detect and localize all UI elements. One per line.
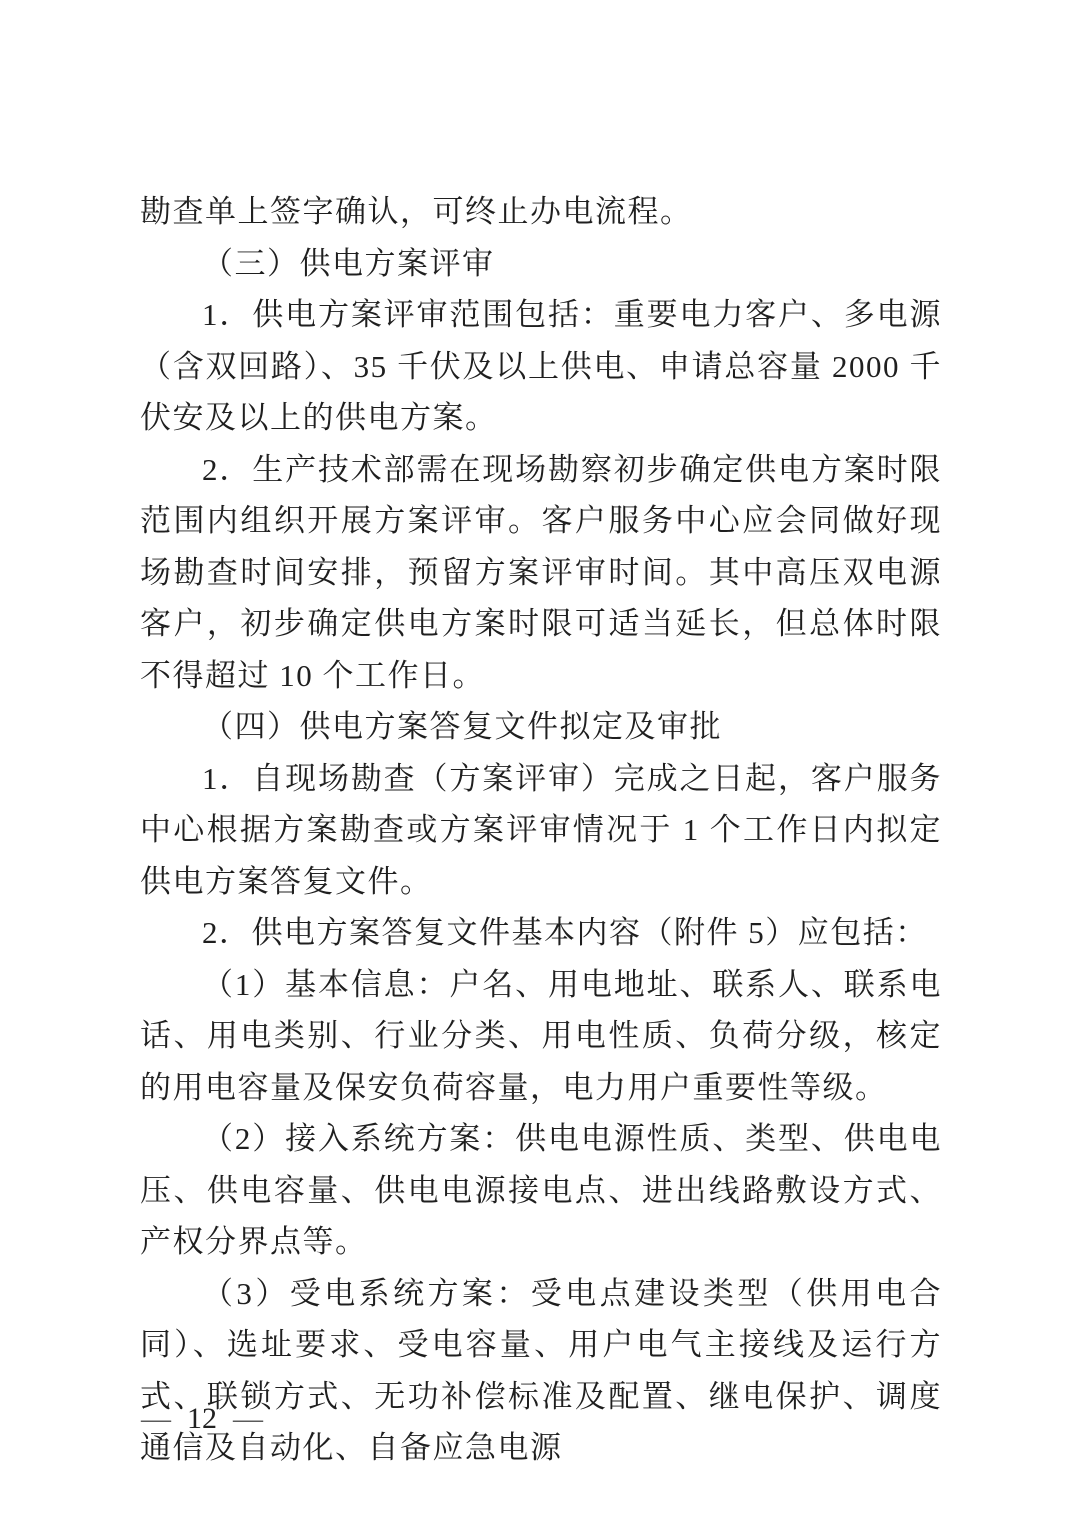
heading-section-4: （四）供电方案答复文件拟定及审批: [140, 701, 942, 753]
para-4-sub-2: （2）接入系统方案：供电电源性质、类型、供电电压、供电容量、供电电源接电点、进出…: [140, 1113, 942, 1268]
para-4-sub-3: （3）受电系统方案：受电点建设类型（供用电合同）、选址要求、受电容量、用户电气主…: [140, 1268, 942, 1474]
document-body: 勘查单上签字确认，可终止办电流程。（三）供电方案评审1．供电方案评审范围包括：重…: [140, 186, 942, 1474]
page-footer: —12—: [141, 1402, 263, 1436]
heading-section-3: （三）供电方案评审: [140, 238, 942, 290]
para-4-item-2: 2．供电方案答复文件基本内容（附件 5）应包括：: [140, 907, 942, 959]
para-3-item-2: 2．生产技术部需在现场勘察初步确定供电方案时限范围内组织开展方案评审。客户服务中…: [140, 444, 942, 702]
para-4-item-1: 1．自现场勘查（方案评审）完成之日起，客户服务中心根据方案勘查或方案评审情况于 …: [140, 753, 942, 908]
footer-dash-left: —: [141, 1402, 171, 1435]
para-4-sub-1: （1）基本信息：户名、用电地址、联系人、联系电话、用电类别、行业分类、用电性质、…: [140, 959, 942, 1114]
page-number: 12: [171, 1402, 233, 1435]
footer-dash-right: —: [233, 1402, 263, 1435]
document-page: 勘查单上签字确认，可终止办电流程。（三）供电方案评审1．供电方案评审范围包括：重…: [0, 0, 1074, 1520]
para-3-item-1: 1．供电方案评审范围包括：重要电力客户、多电源（含双回路）、35 千伏及以上供电…: [140, 289, 942, 444]
para-continuation: 勘查单上签字确认，可终止办电流程。: [140, 186, 942, 238]
